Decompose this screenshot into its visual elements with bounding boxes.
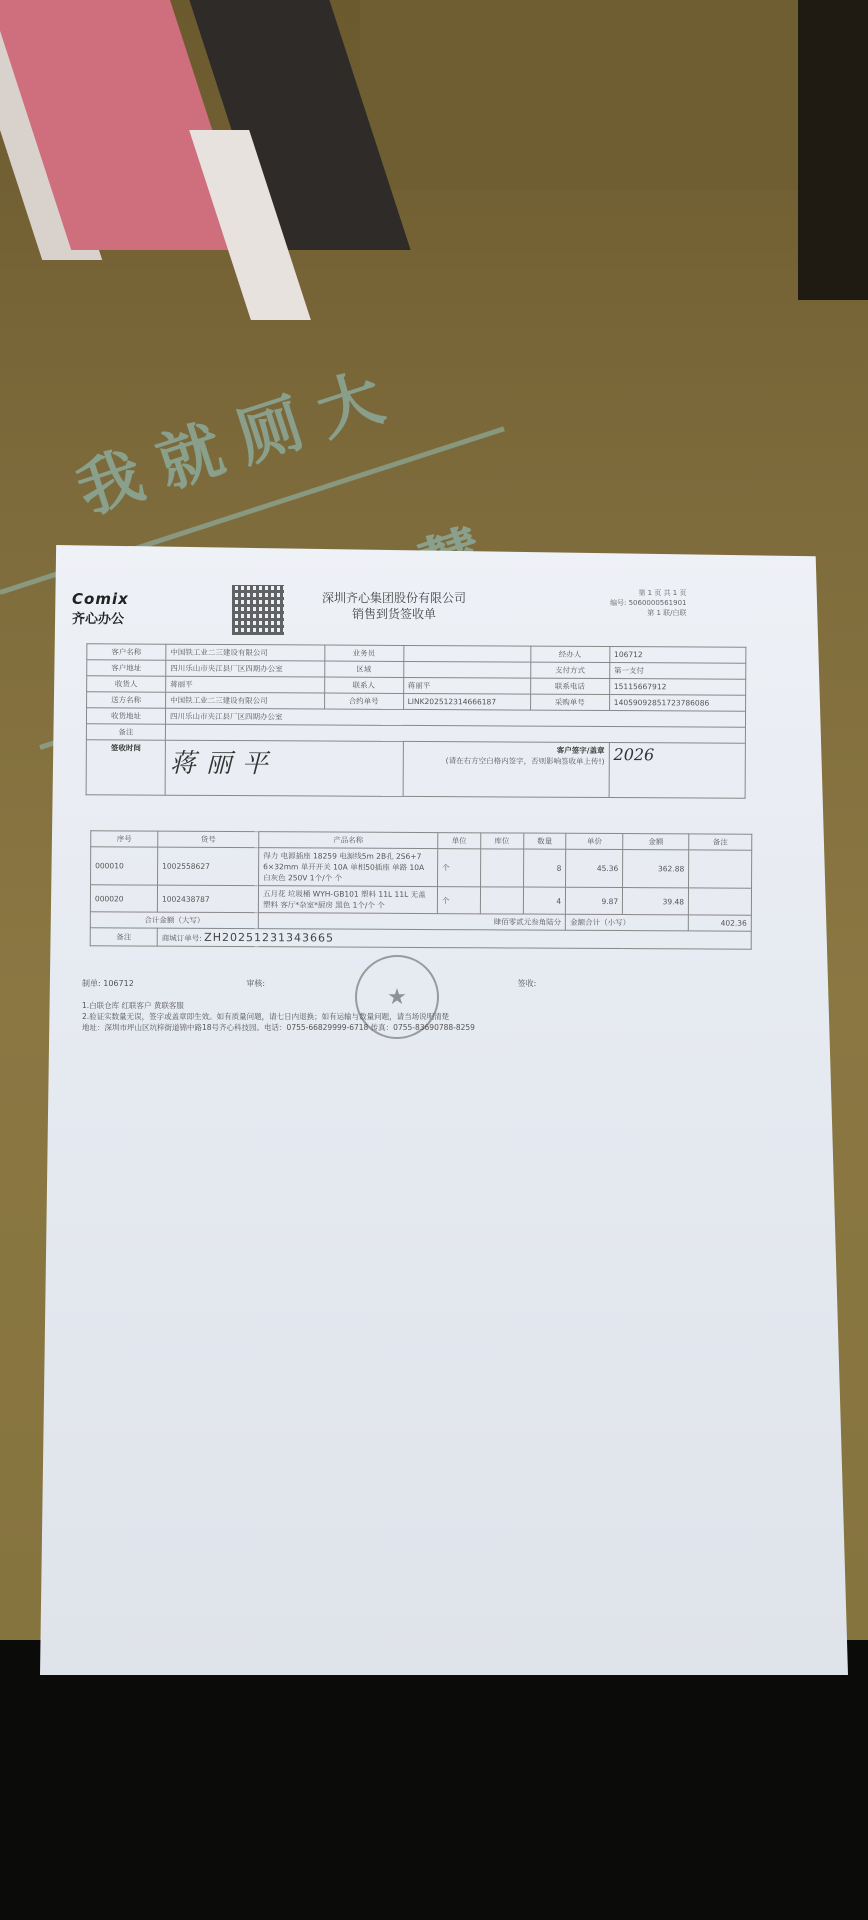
shadow-area [798, 0, 868, 300]
total-lower-label: 金额合计（小写） [566, 914, 689, 931]
cell-amount: 39.48 [623, 888, 689, 915]
column-header: 备注 [689, 834, 752, 850]
remark-value: 商城订单号: ZH20251231343665 [157, 928, 751, 949]
cell-unit: 个 [438, 849, 481, 887]
field-label: 联系电话 [530, 678, 609, 694]
copy-info: 第 1 联/白联 [610, 608, 687, 618]
total-upper-label: 合计金额（大写） [90, 912, 258, 929]
dark-floor [0, 1640, 868, 1920]
field-label: 收货地址 [86, 708, 165, 724]
qr-code-icon [232, 585, 284, 635]
handwritten-date: 2026 [613, 745, 654, 764]
maker-value: 106712 [103, 979, 134, 988]
page-info: 第 1 页 共 1 页 [610, 588, 687, 598]
table-row: 000020 1002438787 五月花 垃圾桶 WYH-GB101 塑料 1… [90, 885, 751, 915]
cell-seq: 000020 [90, 885, 157, 912]
column-header: 产品名称 [259, 832, 438, 849]
field-label: 送方名称 [87, 692, 166, 708]
cell-name: 五月花 垃圾桶 WYH-GB101 塑料 11L 11L 无盖 塑料 客厅*杂室… [258, 886, 437, 914]
field-value: 中国铁工业二三建设有限公司 [166, 692, 325, 709]
field-value: 蒋丽平 [166, 676, 325, 693]
field-value [403, 645, 530, 662]
field-label: 客户地址 [87, 660, 166, 676]
field-value: 蒋丽平 [403, 677, 530, 694]
cell-location [480, 849, 523, 887]
company-name: 深圳齐心集团股份有限公司 [322, 590, 466, 606]
field-value: 第一支付 [609, 663, 745, 680]
maker-label: 制单: [82, 979, 101, 988]
field-label: 业务员 [324, 645, 403, 661]
cell-sku: 1002558627 [158, 847, 259, 886]
brand-en: Comix [72, 590, 129, 608]
total-lower-value: 402.36 [688, 915, 751, 931]
total-upper-value: 肆佰零贰元叁角陆分 [258, 913, 565, 931]
footer-note: 1.白联仓库 红联客户 黄联客服 [82, 1000, 475, 1011]
field-label: 区域 [324, 661, 403, 677]
column-header: 序号 [91, 831, 158, 847]
remark-row: 备注 商城订单号: ZH20251231343665 [90, 928, 751, 949]
sign-time-label: 签收时间 [86, 740, 165, 795]
reviewer-label: 审核: [246, 979, 265, 988]
cell-price: 45.36 [566, 849, 623, 887]
handwritten-signature: 蒋丽平 [170, 749, 278, 780]
document-title-block: 深圳齐心集团股份有限公司 销售到货签收单 [322, 590, 466, 622]
field-label: 客户名称 [87, 644, 166, 660]
field-value: 14059092851723786086 [609, 695, 745, 712]
field-label: 采购单号 [530, 694, 609, 710]
brand-logo: Comix 齐心办公 [72, 590, 129, 627]
cell-seq: 000010 [91, 847, 158, 885]
column-header: 金额 [623, 834, 689, 850]
header-info-table: 客户名称 中国铁工业二三建设有限公司 业务员 经办人 106712 客户地址 四… [86, 643, 747, 798]
cell-location [480, 887, 523, 914]
sign-row: 签收时间 蒋丽平 客户签字/盖章 (请在右方空白格内签字，否则影响签收单上传!)… [86, 740, 745, 798]
doc-number-label: 编号: [610, 599, 626, 607]
cell-amount: 362.88 [623, 850, 689, 888]
footer-notes: 1.白联仓库 红联客户 黄联客服 2.验证实数量无误，签字或盖章即生效。如有质量… [82, 1000, 475, 1033]
cell-sku: 1002438787 [157, 885, 258, 913]
field-label: 合约单号 [324, 693, 403, 709]
field-value: 15115667912 [609, 679, 745, 696]
customer-sign-cell: 客户签字/盖章 (请在右方空白格内签字，否则影响签收单上传!) [403, 741, 609, 797]
field-value: 四川乐山市夹江县厂区四期办公室 [166, 660, 325, 677]
field-label: 支付方式 [530, 662, 609, 678]
cell-note [689, 888, 752, 915]
column-header: 货号 [158, 831, 259, 848]
cell-price: 9.87 [566, 887, 623, 914]
brand-cn: 齐心办公 [72, 608, 129, 627]
table-row: 000010 1002558627 得力 电源插座 18259 电源线5m 2B… [91, 847, 752, 888]
doc-number: 5060000561901 [629, 599, 687, 607]
cell-qty: 4 [523, 887, 566, 914]
column-header: 库位 [480, 833, 523, 849]
mall-order-number: ZH20251231343665 [204, 931, 334, 945]
column-header: 数量 [523, 833, 566, 849]
footer-note: 地址：深圳市坪山区坑梓街道锦中路18号齐心科技园。电话：0755-6682999… [82, 1022, 475, 1033]
cardboard-flap [360, 0, 868, 190]
field-value: 106712 [610, 647, 746, 664]
items-table: 序号 货号 产品名称 单位 库位 数量 单价 金额 备注 000010 1002… [90, 830, 753, 949]
document-title: 销售到货签收单 [322, 606, 466, 622]
column-header: 单价 [566, 833, 623, 849]
field-value: LINK202512314666187 [403, 693, 530, 710]
date-cell: 2026 [609, 743, 746, 799]
signature-cell: 蒋丽平 [165, 740, 403, 796]
remark-label: 备注 [90, 928, 157, 946]
cell-note [689, 850, 752, 888]
document-meta: 第 1 页 共 1 页 编号: 5060000561901 第 1 联/白联 [610, 588, 687, 618]
column-header: 单位 [438, 833, 481, 849]
cell-unit: 个 [437, 887, 480, 914]
field-label: 备注 [86, 724, 165, 740]
cell-name: 得力 电源插座 18259 电源线5m 2B孔 2S6+7 6×32mm 单开开… [259, 848, 438, 887]
field-label: 收货人 [87, 676, 166, 692]
signer-label: 签收: [518, 979, 537, 988]
field-value: 中国铁工业二三建设有限公司 [166, 644, 325, 661]
field-value [403, 661, 530, 678]
mall-order-label: 商城订单号: [162, 934, 202, 943]
cell-qty: 8 [523, 849, 566, 887]
footer-note: 2.验证实数量无误，签字或盖章即生效。如有质量问题，请七日内退换；如有运输与数量… [82, 1011, 475, 1022]
field-label: 经办人 [531, 646, 610, 662]
customer-sign-hint: (请在右方空白格内签字，否则影响签收单上传!) [407, 755, 604, 767]
field-label: 联系人 [324, 677, 403, 693]
